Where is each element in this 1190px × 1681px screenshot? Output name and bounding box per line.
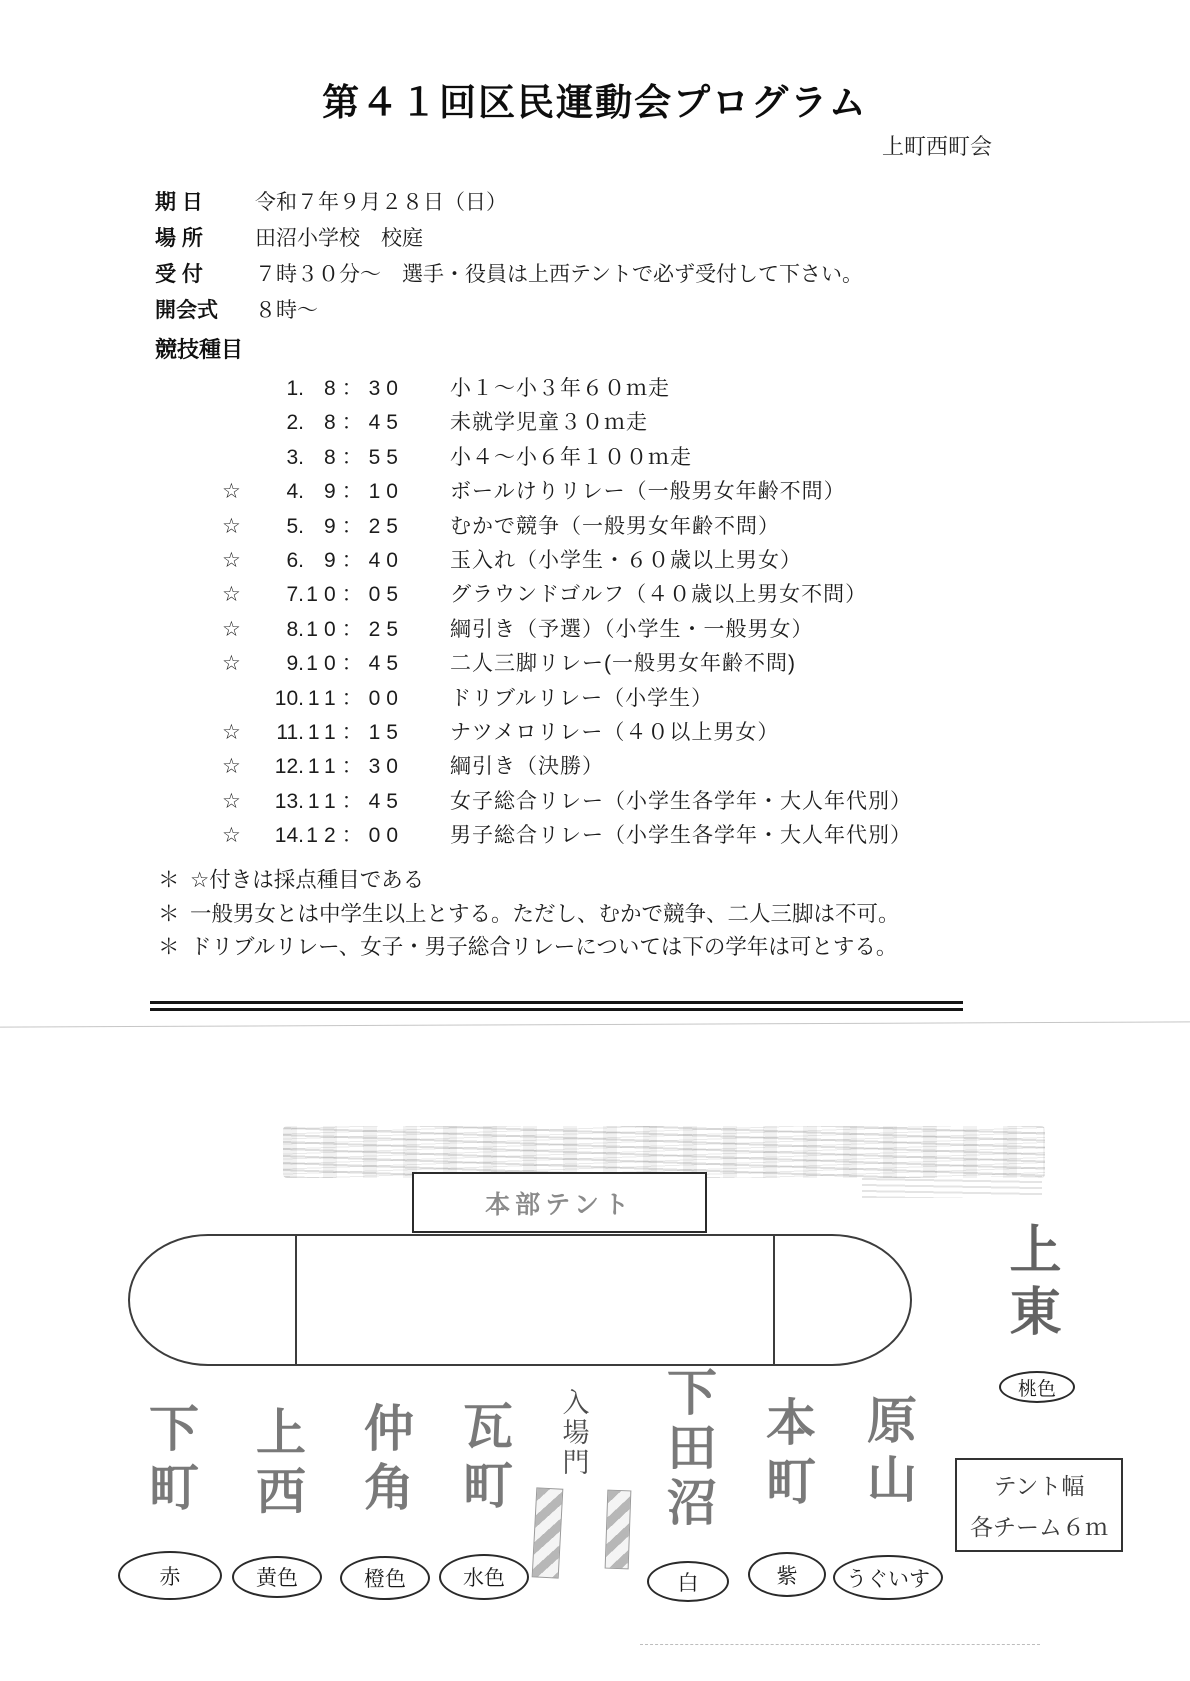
event-time: 9：10 — [304, 475, 404, 505]
event-time: 11：30 — [304, 750, 404, 780]
team-color-oval: 黄色 — [232, 1556, 322, 1598]
event-row: 10.11：00ドリブルリレー（小学生） — [0, 682, 1100, 716]
event-name: 玉入れ（小学生・６０歳以上男女） — [450, 544, 802, 574]
event-time: 9：40 — [304, 544, 404, 574]
info-label: 場 所 — [155, 222, 255, 252]
star-marker: ☆ — [222, 651, 256, 676]
event-row: ☆5.9：25むかで競争（一般男女年齢不問） — [0, 510, 1100, 544]
event-row: ☆6.9：40玉入れ（小学生・６０歳以上男女） — [0, 544, 1100, 578]
event-row: ☆9.10：45二人三脚リレー(一般男女年齢不問) — [0, 647, 1100, 681]
star-marker: ☆ — [222, 514, 256, 539]
gate-pole-left — [532, 1487, 564, 1578]
event-time: 10：05 — [304, 578, 404, 608]
event-row: ☆8.10：25綱引き（予選）（小学生・一般男女） — [0, 613, 1100, 647]
events-heading: 競技種目 — [155, 333, 243, 364]
info-value: 田沼小学校 校庭 — [255, 222, 423, 252]
event-row: ☆11.11：15ナツメロリレー（４０以上男女） — [0, 716, 1100, 750]
info-row-opening: 開会式 ８時～ — [155, 294, 318, 324]
star-marker: ☆ — [222, 720, 256, 745]
team-tent-label: 仲角 — [360, 1402, 410, 1520]
east-stand-color-label: 桃色 — [1018, 1374, 1056, 1401]
double-rule-separator — [150, 1001, 963, 1011]
note-line: ＊ドリブルリレー、女子・男子総合リレーについては下の学年は可とする。 — [158, 931, 900, 965]
team-color-label: 白 — [678, 1567, 699, 1597]
note-marker: ＊ — [158, 898, 190, 932]
team-color-oval: うぐいす — [833, 1555, 943, 1600]
event-number: 14. — [256, 824, 304, 848]
info-row-place: 場 所 田沼小学校 校庭 — [155, 222, 423, 252]
hq-tent-label: 本部テント — [485, 1185, 634, 1221]
tent-width-note-box: テント幅 各チーム６ｍ — [955, 1458, 1123, 1552]
team-color-label: 赤 — [160, 1561, 181, 1591]
event-row: ☆14.12：00男子総合リレー（小学生各学年・大人年代別） — [0, 819, 1100, 853]
event-row: ☆12.11：30綱引き（決勝） — [0, 750, 1100, 784]
event-name: グラウンドゴルフ（４０歳以上男女不問） — [450, 578, 867, 608]
event-name: ボールけりリレー（一般男女年齢不問） — [450, 475, 846, 505]
event-time: 10：45 — [304, 647, 404, 677]
event-number: 3. — [256, 446, 304, 470]
event-name: 男子総合リレー（小学生各学年・大人年代別） — [450, 819, 912, 849]
note-line: ＊☆付きは採点種目である — [158, 864, 900, 898]
info-row-reception: 受 付 ７時３０分～ 選手・役員は上西テントで必ず受付して下さい。 — [155, 258, 863, 288]
team-color-label: 水色 — [463, 1562, 505, 1592]
team-tent-label: 原山 — [863, 1394, 913, 1512]
hq-tent-box: 本部テント — [412, 1172, 707, 1233]
scan-artifact-dashed-line — [640, 1644, 1040, 1645]
scan-artifact-line — [0, 1021, 1190, 1027]
info-label: 期 日 — [155, 186, 255, 216]
team-color-oval: 水色 — [439, 1554, 529, 1600]
event-name: 綱引き（決勝） — [450, 750, 604, 780]
event-row: ☆7.10：05グラウンドゴルフ（４０歳以上男女不問） — [0, 578, 1100, 612]
event-time: 8：45 — [304, 406, 404, 436]
event-number: 8. — [256, 618, 304, 642]
event-name: 小４～小６年１００ｍ走 — [450, 441, 692, 471]
info-row-date: 期 日 令和７年９月２８日（日） — [155, 186, 507, 216]
event-name: 小１～小３年６０ｍ走 — [450, 372, 670, 402]
info-label: 開会式 — [155, 294, 255, 324]
page-title: 第４１回区民運動会プログラム — [0, 72, 1190, 126]
star-marker: ☆ — [222, 754, 256, 779]
event-time: 12：00 — [304, 819, 404, 849]
event-number: 12. — [256, 755, 304, 779]
star-marker: ☆ — [222, 548, 256, 573]
running-track — [128, 1234, 912, 1366]
program-document: 第４１回区民運動会プログラム 上町西町会 期 日 令和７年９月２８日（日） 場 … — [0, 0, 1190, 1681]
team-tent-label: 下町 — [145, 1402, 195, 1520]
track-divider-right — [773, 1236, 775, 1364]
team-tent-label: 瓦町 — [459, 1400, 509, 1518]
event-number: 9. — [256, 652, 304, 676]
star-marker: ☆ — [222, 479, 256, 504]
event-number: 5. — [256, 515, 304, 539]
event-name: むかで競争（一般男女年齢不問） — [450, 510, 780, 540]
team-color-label: 橙色 — [364, 1563, 406, 1593]
notes-section: ＊☆付きは採点種目である＊一般男女とは中学生以上とする。ただし、むかで競争、二人… — [158, 864, 900, 965]
tent-width-line1: テント幅 — [994, 1468, 1085, 1501]
event-number: 2. — [256, 411, 304, 435]
event-time: 11：45 — [304, 785, 404, 815]
event-time: 8：55 — [304, 441, 404, 471]
note-line: ＊一般男女とは中学生以上とする。ただし、むかで競争、二人三脚は不可。 — [158, 898, 900, 932]
scan-smudge-patch — [862, 1176, 1042, 1198]
star-marker: ☆ — [222, 823, 256, 848]
east-stand-label: 上東 — [1004, 1222, 1056, 1346]
event-name: 女子総合リレー（小学生各学年・大人年代別） — [450, 785, 912, 815]
event-number: 4. — [256, 480, 304, 504]
note-text: ドリブルリレー、女子・男子総合リレーについては下の学年は可とする。 — [190, 931, 897, 965]
team-color-oval: 橙色 — [340, 1556, 430, 1600]
organization-name: 上町西町会 — [0, 130, 992, 161]
note-text: ☆付きは採点種目である — [190, 864, 424, 898]
event-name: ナツメロリレー（４０以上男女） — [450, 716, 779, 746]
info-value: ７時３０分～ 選手・役員は上西テントで必ず受付して下さい。 — [255, 258, 863, 288]
events-list: 1.8：30小１～小３年６０ｍ走2.8：45未就学児童３０ｍ走3.8：55小４～… — [0, 372, 1100, 853]
event-time: 9：25 — [304, 510, 404, 540]
event-row: 1.8：30小１～小３年６０ｍ走 — [0, 372, 1100, 406]
event-time: 8：30 — [304, 372, 404, 402]
scan-smudge-band — [283, 1126, 1045, 1178]
gate-pole-right — [605, 1490, 632, 1570]
tent-width-line2: 各チーム６ｍ — [970, 1509, 1108, 1542]
star-marker: ☆ — [222, 789, 256, 814]
event-name: ドリブルリレー（小学生） — [450, 682, 713, 712]
event-name: 綱引き（予選）（小学生・一般男女） — [450, 613, 814, 643]
event-number: 1. — [256, 377, 304, 401]
team-color-oval: 紫 — [748, 1552, 826, 1597]
team-color-label: うぐいす — [846, 1563, 930, 1593]
east-stand-color-oval: 桃色 — [999, 1371, 1075, 1403]
event-name: 二人三脚リレー(一般男女年齢不問) — [450, 647, 796, 677]
info-label: 受 付 — [155, 258, 255, 288]
event-row: ☆4.9：10ボールけりリレー（一般男女年齢不問） — [0, 475, 1100, 509]
info-value: 令和７年９月２８日（日） — [255, 186, 507, 216]
event-number: 7. — [256, 583, 304, 607]
team-tent-label: 本町 — [762, 1396, 812, 1514]
team-color-oval: 白 — [647, 1561, 729, 1602]
event-time: 10：25 — [304, 613, 404, 643]
star-marker: ☆ — [222, 617, 256, 642]
note-marker: ＊ — [158, 931, 190, 965]
note-text: 一般男女とは中学生以上とする。ただし、むかで競争、二人三脚は不可。 — [190, 898, 900, 932]
event-number: 6. — [256, 549, 304, 573]
event-row: ☆13.11：45女子総合リレー（小学生各学年・大人年代別） — [0, 785, 1100, 819]
info-value: ８時～ — [255, 294, 318, 324]
event-number: 10. — [256, 687, 304, 711]
event-name: 未就学児童３０ｍ走 — [450, 406, 648, 436]
note-marker: ＊ — [158, 864, 190, 898]
event-number: 13. — [256, 790, 304, 814]
entrance-gate-label: 入場門 — [560, 1388, 587, 1478]
team-tent-label: 上西 — [252, 1406, 302, 1524]
team-color-label: 黄色 — [256, 1562, 298, 1592]
event-number: 11. — [256, 721, 304, 745]
track-divider-left — [295, 1236, 297, 1364]
event-row: 2.8：45未就学児童３０ｍ走 — [0, 406, 1100, 440]
event-time: 11：15 — [304, 716, 404, 746]
team-color-oval: 赤 — [118, 1551, 222, 1600]
star-marker: ☆ — [222, 582, 256, 607]
event-time: 11：00 — [304, 682, 404, 712]
event-row: 3.8：55小４～小６年１００ｍ走 — [0, 441, 1100, 475]
team-color-label: 紫 — [777, 1560, 798, 1590]
team-tent-label: 下田沼 — [663, 1366, 713, 1531]
